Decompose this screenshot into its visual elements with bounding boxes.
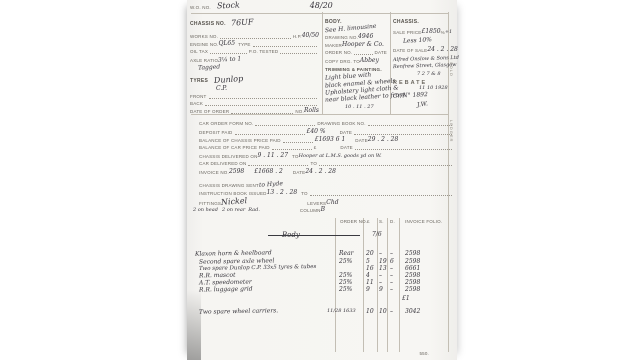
item-pounds: 10 <box>366 308 374 315</box>
item-shillings: – <box>379 272 382 279</box>
item-pence: – <box>390 308 393 315</box>
hp-value: 40/50 <box>302 33 319 39</box>
folio-numbers: 7 2 7 & 8 <box>417 72 441 77</box>
hp-label: H.P. <box>293 34 302 39</box>
balance-car-date-label: Date <box>340 145 352 150</box>
item-order: 25% <box>339 279 352 286</box>
item-desc: Two spare wheel carriers. <box>199 307 278 315</box>
oil-tax-label: Oil Tax <box>190 49 208 54</box>
item-pence: – <box>390 272 393 279</box>
item-order: 25% <box>339 286 352 293</box>
maker-value: Hooper & Co. <box>342 42 384 48</box>
struck-entry-body: Body <box>282 231 300 239</box>
invoice-date-value: 24 . 2 . 28 <box>305 169 336 175</box>
chassis-drawing-sent-value: to Hyde <box>259 181 283 189</box>
item-order: 25% <box>339 272 352 279</box>
item-folio: 6661 <box>405 265 420 272</box>
item-pounds: 11 <box>366 279 374 286</box>
instruction-book-date: 13 . 2 . 28 <box>267 190 298 196</box>
shillings-header: s. <box>379 219 384 224</box>
chassis-no-value: 76UF <box>231 18 254 27</box>
item-order: 11/28 1633 <box>327 308 356 314</box>
trimming-title: Trimming & Painting. <box>325 67 382 72</box>
date-of-sale-label: Date of Sale <box>393 48 427 53</box>
drawing-no-label: Drawing No. <box>325 35 358 40</box>
dotted-rule <box>253 43 317 47</box>
pounds-header: £ <box>367 219 370 224</box>
chassis-delivered-to-label: To <box>292 154 299 159</box>
invoice-date-label: Date <box>293 170 305 175</box>
axle-ratio-label: Axle Ratio <box>190 58 218 63</box>
form-number: 550. <box>419 351 429 356</box>
axle-note: Tagged <box>198 64 220 71</box>
fittings-note-2: 2 on rear <box>222 208 245 213</box>
deposit-paid-label: Deposit Paid <box>199 130 233 135</box>
item-shillings: 9 <box>379 286 383 293</box>
item-folio: 2598 <box>405 258 420 265</box>
dotted-rule <box>248 162 308 166</box>
invoice-folio-header: Invoice Folio. <box>405 219 442 224</box>
item-order: 25% <box>339 258 352 265</box>
dotted-rule <box>280 50 317 54</box>
item-pence: – <box>390 286 393 293</box>
drawing-book-label: Drawing Book No. <box>317 121 365 126</box>
item-pounds: 16 <box>366 265 374 272</box>
deposit-paid-value: £40 % <box>307 129 326 135</box>
copy-drg-value: Abbey <box>360 58 379 64</box>
dotted-rule <box>210 50 247 54</box>
chassis-no-label: Chassis No. <box>190 21 226 27</box>
chassis-delivered-date: 9 . 11 . 27 <box>258 153 289 159</box>
engine-no-label: Engine No. <box>190 42 219 47</box>
item-pounds: 20 <box>366 250 374 257</box>
balance-car-label: Balance of Car Price Paid <box>199 145 270 150</box>
balance-chassis-label: Balance of Chassis Price Paid <box>199 138 281 143</box>
dotted-rule <box>368 122 452 126</box>
side-label-sold: Sold <box>449 62 454 77</box>
item-desc: Klaxon horn & heelboard <box>195 249 272 257</box>
record-card: W.O. No. Stock 48/20 Chassis No. 76UF Wo… <box>187 0 457 360</box>
item-pence: – <box>390 279 393 286</box>
item-pence: – <box>390 250 393 257</box>
pence-header: d. <box>390 219 395 224</box>
body-title: BODY. <box>325 19 342 25</box>
dotted-rule <box>283 139 313 143</box>
invoice-no-value: 2598 <box>229 169 244 175</box>
tyres-value-2: C.P. <box>216 86 227 92</box>
item-pence: – <box>390 265 393 272</box>
chassis-delivered-label: Chassis Delivered on <box>199 154 258 159</box>
tyres-value: Dunlop <box>214 75 244 85</box>
invoice-no-label: Invoice No. <box>199 170 229 175</box>
instruction-book-label: Instruction Book Issued <box>199 191 267 196</box>
dotted-rule <box>231 110 293 114</box>
car-delivered-label: Car Delivered on <box>199 161 246 166</box>
date-of-order-label: Date of Order <box>190 109 229 114</box>
item-folio: 2598 <box>405 250 420 257</box>
order-no-header: Order No. <box>340 219 367 224</box>
item-desc: Two spare Dunlop C.P. 33x5 tyres & tubes <box>199 264 316 272</box>
car-order-form-label: Car Order Form No. <box>199 121 253 126</box>
body-date-label: Date <box>375 50 387 55</box>
item-folio: 3042 <box>405 308 420 315</box>
item-pounds: 4 <box>366 272 370 279</box>
table-rule-order <box>335 218 336 352</box>
column-label: Column <box>300 208 321 213</box>
copy-drg-label: Copy Drg. to <box>325 59 360 64</box>
item-pence: 6 <box>390 258 394 265</box>
item-pounds: 5 <box>366 258 370 265</box>
tyres-label: Tyres <box>190 78 208 84</box>
sum-annotation: £1 <box>402 295 410 302</box>
dotted-rule <box>310 192 452 196</box>
fittings-label: Fittings <box>199 201 221 206</box>
body-order-no-label: Order No. <box>325 50 352 55</box>
sale-price-value: £1850 <box>422 29 441 35</box>
po-tested-label: P.O. Tested <box>249 49 279 54</box>
works-no-label: Works No. <box>190 34 218 39</box>
maker-label: Maker <box>325 43 342 48</box>
item-shillings: – <box>379 279 382 286</box>
item-shillings: 19 <box>379 258 387 265</box>
credit-note: Cr/N° 1892 <box>393 92 428 100</box>
struck-entry-amount: 7/6 <box>372 231 382 238</box>
item-folio: 2598 <box>405 286 420 293</box>
signature: J.W. <box>417 101 429 108</box>
rebate-date: 11 10 1928 <box>419 86 448 91</box>
dotted-rule <box>319 162 452 166</box>
car-delivered-to-label: To <box>310 161 317 166</box>
item-folio: 2598 <box>405 279 420 286</box>
column-value: B <box>321 207 325 213</box>
wo-label: W.O. No. <box>190 5 211 10</box>
no-value: Rolls <box>304 108 319 114</box>
scanned-record-page: { "colors":{"paper":"#f6f5f2","ink":"#35… <box>0 0 640 360</box>
item-pounds: 9 <box>366 286 370 293</box>
sale-price-label: Sale Price <box>393 30 422 35</box>
instruction-to-label: TO <box>301 191 308 196</box>
dotted-rule <box>209 95 318 99</box>
chassis-sale-title: CHASSIS. <box>393 19 419 25</box>
wo-value: Stock <box>217 2 240 11</box>
type-label: Type <box>238 42 251 47</box>
batch-number: 48/20 <box>310 2 333 10</box>
scan-shadow <box>187 290 201 360</box>
dotted-rule <box>220 35 291 39</box>
item-folio: 2598 <box>405 272 420 279</box>
sale-price-note: +1 <box>445 30 452 35</box>
axle-ratio-value: 3¼ to 1 <box>218 56 242 64</box>
section-rule-1 <box>191 114 448 115</box>
fittings-note-1: 2 on head <box>193 208 218 213</box>
balance-chassis-date-value: 29 . 2 . 28 <box>368 137 399 143</box>
item-shillings: – <box>379 250 382 257</box>
dotted-rule <box>354 51 372 55</box>
header-rule <box>191 13 448 14</box>
balance-chassis-value: £1693 6 1 <box>315 137 346 143</box>
dotted-rule <box>235 131 305 135</box>
dotted-rule <box>272 146 312 150</box>
item-shillings: 10 <box>379 308 387 315</box>
fittings-value: Nickel <box>221 197 248 207</box>
balance-car-value: £ <box>314 145 317 150</box>
back-label: Back <box>190 101 203 106</box>
chassis-drawing-sent-label: Chassis Drawing Sent <box>199 183 259 188</box>
drawing-no-value: 4946 <box>358 34 373 40</box>
engine-no-value: QL65 <box>219 41 236 47</box>
dotted-rule <box>355 146 452 150</box>
table-rule-folio <box>399 218 400 352</box>
fittings-note-3: Rad. <box>248 208 260 213</box>
dotted-rule <box>205 102 317 106</box>
table-rule-pounds <box>363 218 364 352</box>
front-label: Front <box>190 94 207 99</box>
table-rule-s <box>377 218 378 352</box>
less-line: Less 10% <box>403 37 432 45</box>
no-label: No. <box>295 109 304 114</box>
levers-value: Chd <box>326 200 338 206</box>
deposit-date-label: Date <box>340 130 352 135</box>
invoice-amount: £1668 . 2 <box>254 169 283 175</box>
dotted-rule <box>255 122 315 126</box>
item-order: Rear <box>339 250 354 257</box>
dotted-rule <box>354 131 452 135</box>
balance-chassis-date-label: Date <box>355 138 367 143</box>
item-shillings: 13 <box>379 265 387 272</box>
table-rule-d <box>387 218 388 352</box>
trim-date: 10 . 11 . 27 <box>345 105 374 110</box>
date-of-sale-value: 24 . 2 . 28 <box>427 47 458 53</box>
item-desc: R.R. luggage grid <box>199 286 253 294</box>
chassis-delivered-to-value: Hooper at L.M.S. goods yd on W. <box>299 154 382 159</box>
